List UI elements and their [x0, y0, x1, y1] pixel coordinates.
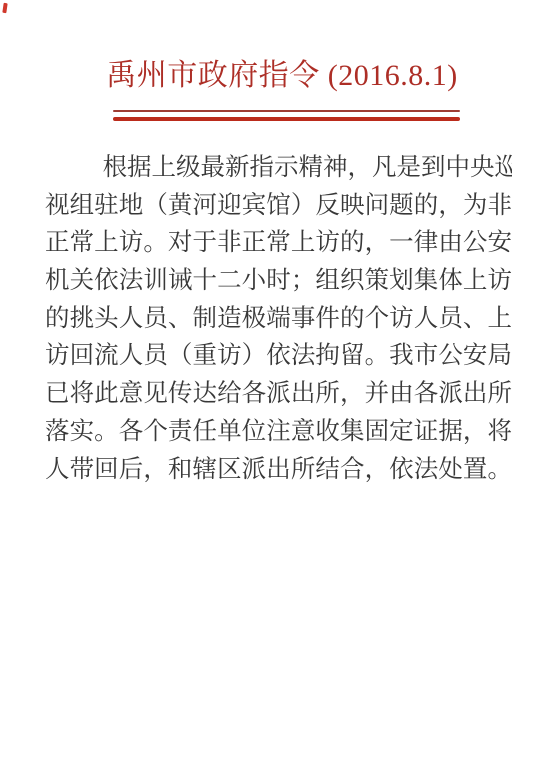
body-line: 访回流人员（重访）依法拘留。我市公安局	[45, 337, 512, 375]
document-title: 禹州市政府指令 (2016.8.1)	[7, 57, 550, 95]
document-page: 禹州市政府指令 (2016.8.1) 根据上级最新指示精神，凡是到中央巡 视组驻…	[0, 0, 550, 777]
body-line: 的挑头人员、制造极端事件的个访人员、上	[45, 300, 512, 338]
body-paragraph: 根据上级最新指示精神，凡是到中央巡 视组驻地（黄河迎宾馆）反映问题的，为非 正常…	[45, 149, 512, 488]
body-line: 机关依法训诫十二小时；组织策划集体上访	[45, 262, 512, 300]
body-line: 视组驻地（黄河迎宾馆）反映问题的，为非	[45, 187, 512, 225]
title-divider	[113, 110, 460, 121]
body-line: 已将此意见传达给各派出所，并由各派出所	[45, 375, 512, 413]
divider-thick-line	[113, 117, 460, 121]
divider-thin-line	[113, 110, 460, 112]
corner-mark	[2, 3, 7, 13]
body-line: 落实。各个责任单位注意收集固定证据，将	[45, 413, 512, 451]
body-line: 正常上访。对于非正常上访的，一律由公安	[45, 224, 512, 262]
body-line: 根据上级最新指示精神，凡是到中央巡	[45, 149, 512, 187]
body-line: 人带回后，和辖区派出所结合，依法处置。	[45, 451, 512, 489]
